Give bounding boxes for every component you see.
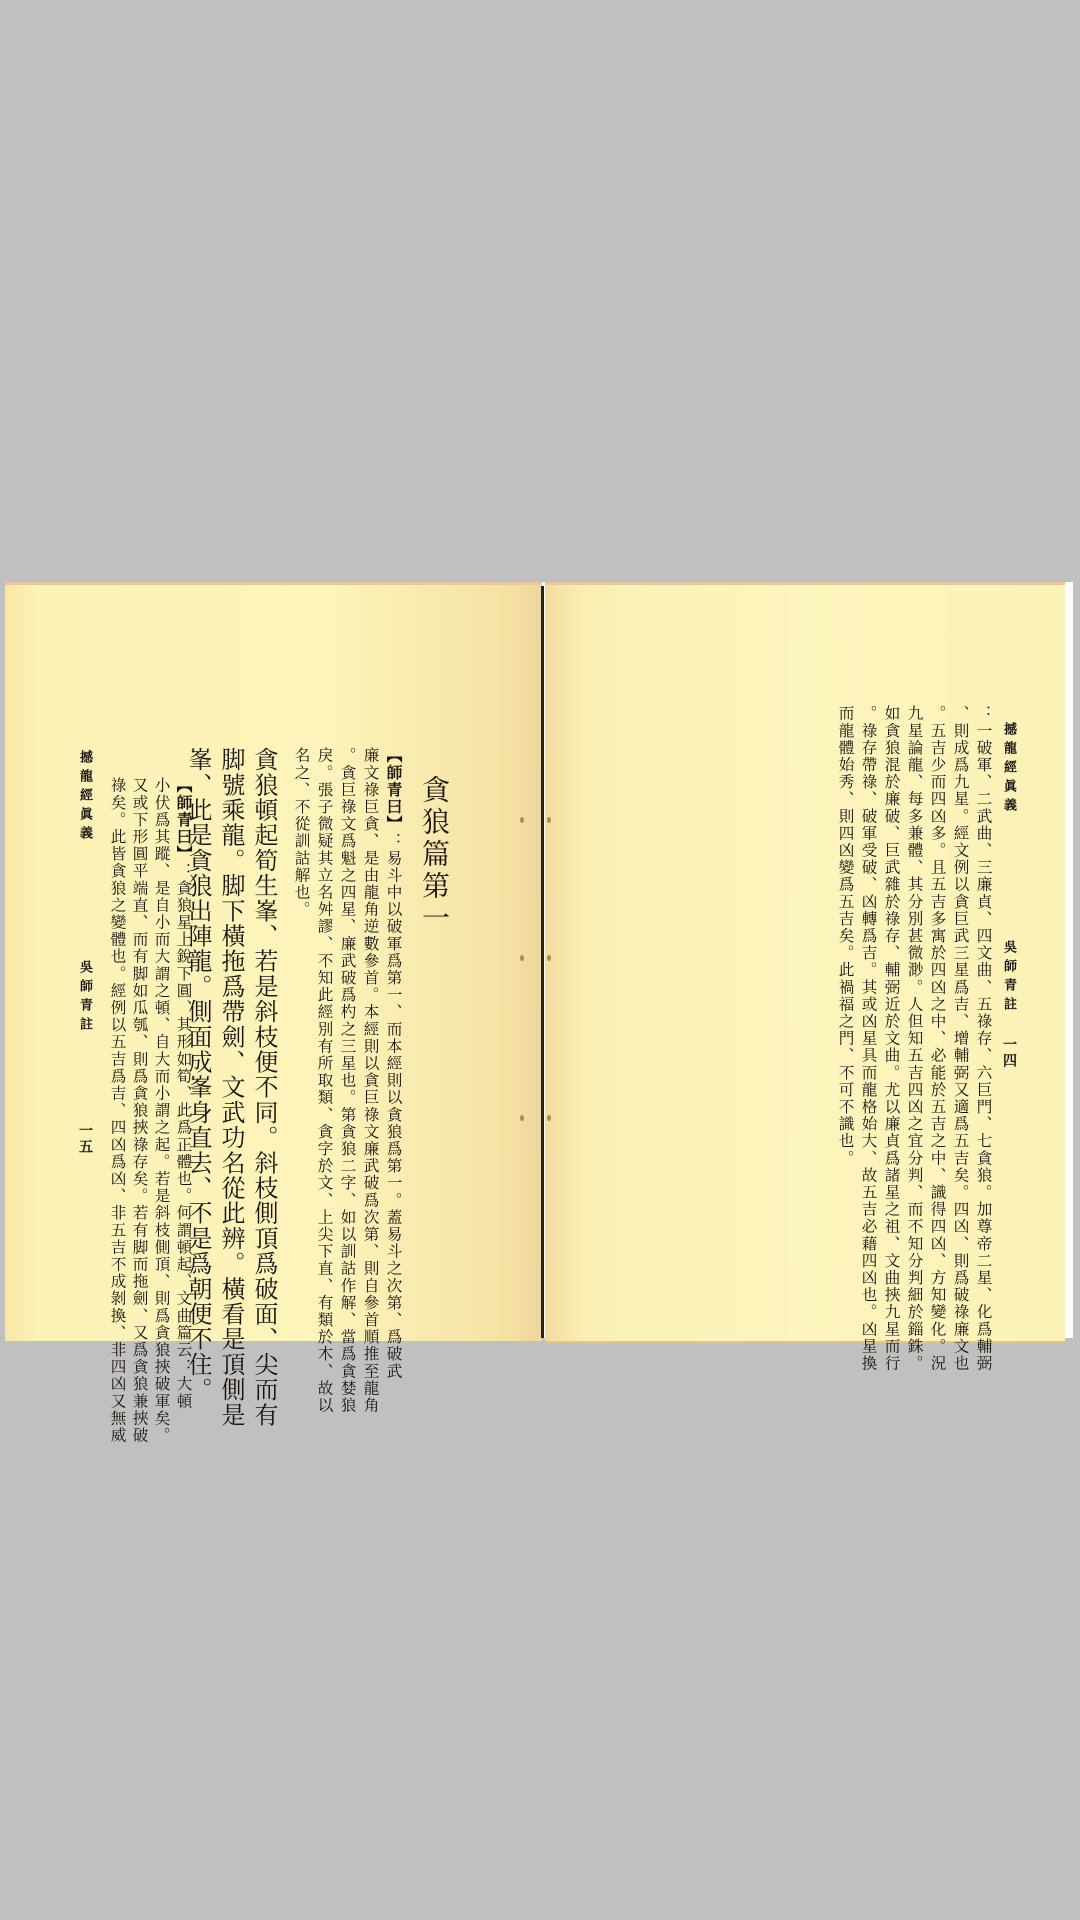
commentary-column: 廉文祿巨貪、是由龍角逆數參首。本經則以貪巨祿文廉武破爲次第、則自參首順推至龍角 (362, 747, 378, 1414)
commentary-column: 。五吉少而四凶多。且五吉多寓於四凶之中、必能於五吉之中、識得四凶、方知變化。況 (929, 705, 945, 1372)
binding-hole (520, 955, 524, 961)
commentary-marker: 【師青曰】 (385, 747, 403, 833)
book-spread: 貪狼篇第一 【師青曰】：易斗中以破軍爲第一、而本經則以貪狼爲第一。蓋易斗之次第、… (5, 582, 1073, 1338)
commentary-column: 。貪巨祿文爲魁之四星、廉武破爲杓之三星也。第貪狼二字、如以訓詁作解、當爲貪婪狼 (339, 747, 355, 1414)
commentary-marker: 【師青曰】 (175, 777, 193, 863)
commentary-column: 、則成爲九星。經文例以貪巨武三星爲吉、增輔弼又適爲五吉矣。四凶、則爲破祿廉文也 (952, 705, 968, 1372)
commentary-column: 【師青曰】：貪狼星上銳下圓、其形如筍、此爲正體也。何謂頓起、文曲篇云：大頓 (175, 777, 191, 1410)
book-gutter (541, 586, 544, 1338)
page-number: 一五 (78, 1123, 92, 1155)
binding-hole (520, 817, 524, 823)
commentary-column: 祿矣。此皆貪狼之變體也。經例以五吉爲吉、四凶爲凶、非五吉不成剝換、非四凶又無威 (109, 777, 125, 1444)
right-page: 撼龍經眞義 吳師青註 一四 ：一破軍、二武曲、三廉貞、四文曲、五祿存、六巨門、七… (545, 582, 1065, 1343)
author-credit: 吳師青註 (1002, 940, 1015, 1016)
commentary-column: 又或下形圓平端直、而有脚如瓜瓠、則爲貪狼挾祿存矣。若有脚而拖劍、又爲貪狼兼挾破 (131, 777, 147, 1444)
commentary-column: 【師青曰】：易斗中以破軍爲第一、而本經則以貪狼爲第一。蓋易斗之次第、爲破武 (385, 747, 401, 1380)
main-text-column: 脚號乘龍。脚下橫拖爲帶劍、文武功名從此辨。橫看是頂側是 (219, 747, 243, 1427)
commentary-column: 名之、不從訓詁解也。 (293, 747, 309, 918)
commentary-column: 九星論龍、每多兼體、其分別甚微渺。人但知五吉四凶之宜分判、而不知分判細於錙銖。 (906, 705, 922, 1372)
commentary-column: 戾。張子微疑其立名舛謬、不知此經別有所取類、貪字於文、上尖下直、有類於木、故以 (316, 747, 332, 1414)
author-credit: 吳師青註 (78, 960, 91, 1036)
running-head: 撼龍經眞義 (1002, 722, 1015, 817)
binding-hole (547, 1115, 551, 1121)
binding-hole (547, 955, 551, 961)
binding-hole (547, 817, 551, 823)
commentary-column: 小伏爲其蹤、是自小而大謂之頓、自大而小謂之起。若是斜枝側頂、則爲貪狼挾破軍矣。 (153, 777, 169, 1444)
chapter-title: 貪狼篇第一 (420, 775, 448, 935)
running-head: 撼龍經眞義 (78, 750, 91, 845)
main-text-column: 貪狼頓起筍生峯、若是斜枝便不同。斜枝側頂爲破面、尖而有 (252, 747, 276, 1427)
commentary-column: 如貪狼混於廉破、巨武雜於祿存、輔弼近於文曲。尤以廉貞爲諸星之祖、文曲挾九星而行 (883, 705, 899, 1372)
binding-hole (520, 1115, 524, 1121)
commentary-column: ：一破軍、二武曲、三廉貞、四文曲、五祿存、六巨門、七貪狼。加尊帝二星、化爲輔弼 (975, 705, 991, 1372)
left-page: 貪狼篇第一 【師青曰】：易斗中以破軍爲第一、而本經則以貪狼爲第一。蓋易斗之次第、… (5, 582, 542, 1341)
page-number: 一四 (1002, 1037, 1016, 1069)
commentary-column: 。祿存帶祿、破軍受破、凶轉爲吉。其或凶星具而龍格始大、故五吉必藉四凶也。凶星換 (860, 705, 876, 1372)
commentary-column: 而龍體始秀、則四凶變爲五吉矣。此禍福之門、不可不識也。 (837, 705, 853, 1167)
